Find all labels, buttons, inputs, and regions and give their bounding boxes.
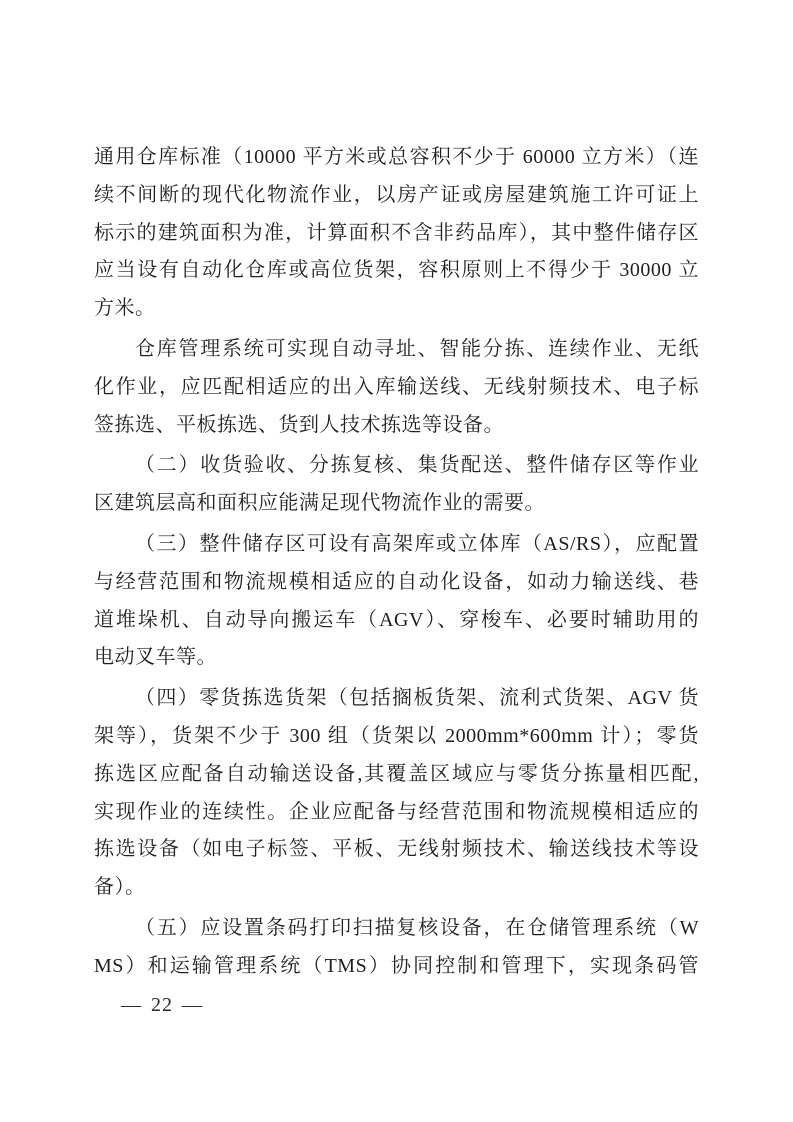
document-body: 通用仓库标准（10000 平方米或总容积不少于 60000 立方米）（连续不间断… xyxy=(94,139,699,989)
text-line: （五）应设置条码打印扫描复核设备，在仓储管理系统（W xyxy=(94,910,699,948)
paragraph: （二）收货验收、分拣复核、集货配送、整件储存区等作业区建筑层高和面积应能满足现代… xyxy=(94,447,699,523)
text-line: 拣选设备（如电子标签、平板、无线射频技术、输送线技术等设 xyxy=(94,831,699,869)
text-line: 架等），货架不少于 300 组（货架以 2000mm*600mm 计）；零货 xyxy=(94,718,699,756)
text-line: 应当设有自动化仓库或高位货架，容积原则上不得少于 30000 立 xyxy=(94,252,699,290)
text-line: 实现作业的连续性。企业应配备与经营范围和物流规模相适应的 xyxy=(94,794,699,832)
text-line: 与经营范围和物流规模相适应的自动化设备，如动力输送线、巷 xyxy=(94,564,699,602)
text-line: （二）收货验收、分拣复核、集货配送、整件储存区等作业 xyxy=(94,447,699,485)
text-line: 拣选区应配备自动输送设备,其覆盖区域应与零货分拣量相匹配, xyxy=(94,756,699,794)
text-line: MS）和运输管理系统（TMS）协同控制和管理下，实现条码管 xyxy=(94,948,699,986)
text-line: 道堆垛机、自动导向搬运车（AGV）、穿梭车、必要时辅助用的 xyxy=(94,602,699,640)
text-line: 区建筑层高和面积应能满足现代物流作业的需要。 xyxy=(94,485,699,523)
document-page: 通用仓库标准（10000 平方米或总容积不少于 60000 立方米）（连续不间断… xyxy=(0,0,793,1122)
text-line: 仓库管理系统可实现自动寻址、智能分拣、连续作业、无纸 xyxy=(94,331,699,369)
text-line: 方米。 xyxy=(94,290,699,328)
paragraph: （三）整件储存区可设有高架库或立体库（AS/RS），应配置与经营范围和物流规模相… xyxy=(94,526,699,677)
paragraph: （四）零货拣选货架（包括搁板货架、流利式货架、AGV 货架等），货架不少于 30… xyxy=(94,680,699,907)
paragraph: 通用仓库标准（10000 平方米或总容积不少于 60000 立方米）（连续不间断… xyxy=(94,139,699,328)
page-number-label: — 22 — xyxy=(121,994,203,1016)
paragraph: （五）应设置条码打印扫描复核设备，在仓储管理系统（WMS）和运输管理系统（TMS… xyxy=(94,910,699,986)
text-line: （四）零货拣选货架（包括搁板货架、流利式货架、AGV 货 xyxy=(94,680,699,718)
text-line: 备）。 xyxy=(94,869,699,907)
text-line: 化作业，应匹配相适应的出入库输送线、无线射频技术、电子标 xyxy=(94,369,699,407)
text-line: 标示的建筑面积为准，计算面积不含非药品库），其中整件储存区 xyxy=(94,215,699,253)
text-line: 通用仓库标准（10000 平方米或总容积不少于 60000 立方米）（连 xyxy=(94,139,699,177)
page-number: — 22 — xyxy=(121,995,203,1015)
text-line: 电动叉车等。 xyxy=(94,639,699,677)
text-line: 续不间断的现代化物流作业，以房产证或房屋建筑施工许可证上 xyxy=(94,177,699,215)
text-line: 签拣选、平板拣选、货到人技术拣选等设备。 xyxy=(94,407,699,445)
text-line: （三）整件储存区可设有高架库或立体库（AS/RS），应配置 xyxy=(94,526,699,564)
paragraph: 仓库管理系统可实现自动寻址、智能分拣、连续作业、无纸化作业，应匹配相适应的出入库… xyxy=(94,331,699,444)
